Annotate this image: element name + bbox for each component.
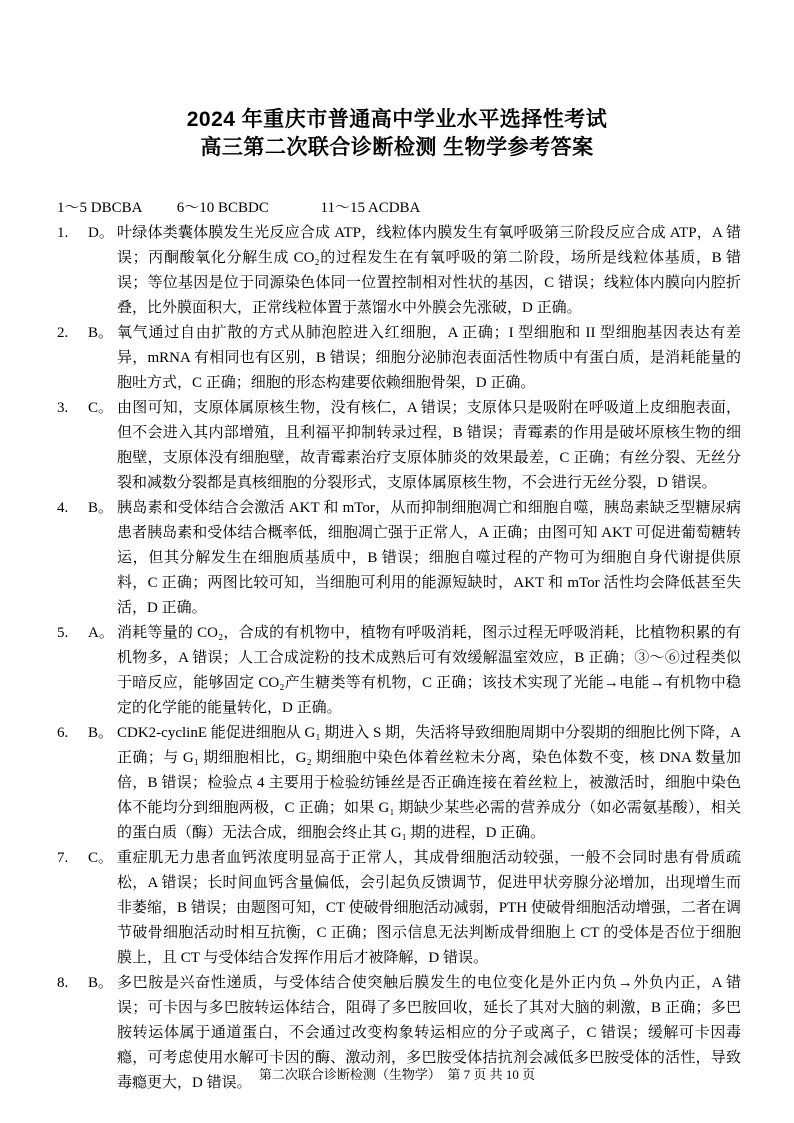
question-explanation: 胰岛素和受体结合会激活 AKT 和 mTor，从而抑制细胞凋亡和细胞自噬，胰岛素… [117,496,741,621]
question-explanation: 氧气通过自由扩散的方式从肺泡腔进入红细胞，A 正确；I 型细胞和 II 型细胞基… [117,321,741,396]
answer-sheet-page: 2024 年重庆市普通高中学业水平选择性考试 高三第二次联合诊断检测 生物学参考… [0,0,794,1123]
question-item-2: 2. B。 氧气通过自由扩散的方式从肺泡腔进入红细胞，A 正确；I 型细胞和 I… [57,321,741,396]
answer-key-group-6-10: 6～10 BCBDC [177,196,317,221]
question-item-5: 5. A。 消耗等量的 CO₂，合成的有机物中，植物有呼吸消耗，图示过程无呼吸消… [57,621,741,721]
question-number: 1. [57,221,88,246]
question-answer: B。 [88,971,117,996]
question-number: 3. [57,396,88,421]
question-answer: A。 [88,621,117,646]
question-number: 8. [57,971,88,996]
answer-key-row: 1～5 DBCBA 6～10 BCBDC 11～15 ACDBA [57,196,740,221]
question-number: 6. [57,721,88,746]
explanations-list: 1. D。 叶绿体类囊体膜发生光反应合成 ATP，线粒体内膜发生有氧呼吸第三阶段… [57,221,741,1096]
question-explanation: 叶绿体类囊体膜发生光反应合成 ATP，线粒体内膜发生有氧呼吸第三阶段反应合成 A… [117,221,741,321]
question-number: 2. [57,321,88,346]
question-item-6: 6. B。 CDK2-cyclinE 能促进细胞从 G₁ 期进入 S 期，失活将… [57,721,741,846]
answer-key-group-1-5: 1～5 DBCBA [57,196,173,221]
question-number: 5. [57,621,88,646]
question-explanation: 由图可知，支原体属原核生物，没有核仁，A 错误；支原体只是吸附在呼吸道上皮细胞表… [117,396,741,496]
question-answer: B。 [88,721,117,746]
title-line-2: 高三第二次联合诊断检测 生物学参考答案 [0,134,794,162]
title-line-1: 2024 年重庆市普通高中学业水平选择性考试 [0,106,794,134]
answer-key-group-11-15: 11～15 ACDBA [321,196,421,221]
question-item-3: 3. C。 由图可知，支原体属原核生物，没有核仁，A 错误；支原体只是吸附在呼吸… [57,396,741,496]
question-explanation: CDK2-cyclinE 能促进细胞从 G₁ 期进入 S 期，失活将导致细胞周期… [117,721,741,846]
question-explanation: 消耗等量的 CO₂，合成的有机物中，植物有呼吸消耗，图示过程无呼吸消耗，比植物积… [117,621,741,721]
question-answer: D。 [88,221,117,246]
question-item-7: 7. C。 重症肌无力患者血钙浓度明显高于正常人，其成骨细胞活动较强，一般不会同… [57,846,741,971]
question-number: 4. [57,496,88,521]
question-answer: B。 [88,496,117,521]
question-answer: C。 [88,846,117,871]
document-title: 2024 年重庆市普通高中学业水平选择性考试 高三第二次联合诊断检测 生物学参考… [0,106,794,162]
question-answer: C。 [88,396,117,421]
question-number: 7. [57,846,88,871]
question-item-4: 4. B。 胰岛素和受体结合会激活 AKT 和 mTor，从而抑制细胞凋亡和细胞… [57,496,741,621]
question-item-1: 1. D。 叶绿体类囊体膜发生光反应合成 ATP，线粒体内膜发生有氧呼吸第三阶段… [57,221,741,321]
question-explanation: 重症肌无力患者血钙浓度明显高于正常人，其成骨细胞活动较强，一般不会同时患有骨质疏… [117,846,741,971]
page-footer: 第二次联合诊断检测（生物学） 第 7 页 共 10 页 [0,1066,794,1084]
question-answer: B。 [88,321,117,346]
